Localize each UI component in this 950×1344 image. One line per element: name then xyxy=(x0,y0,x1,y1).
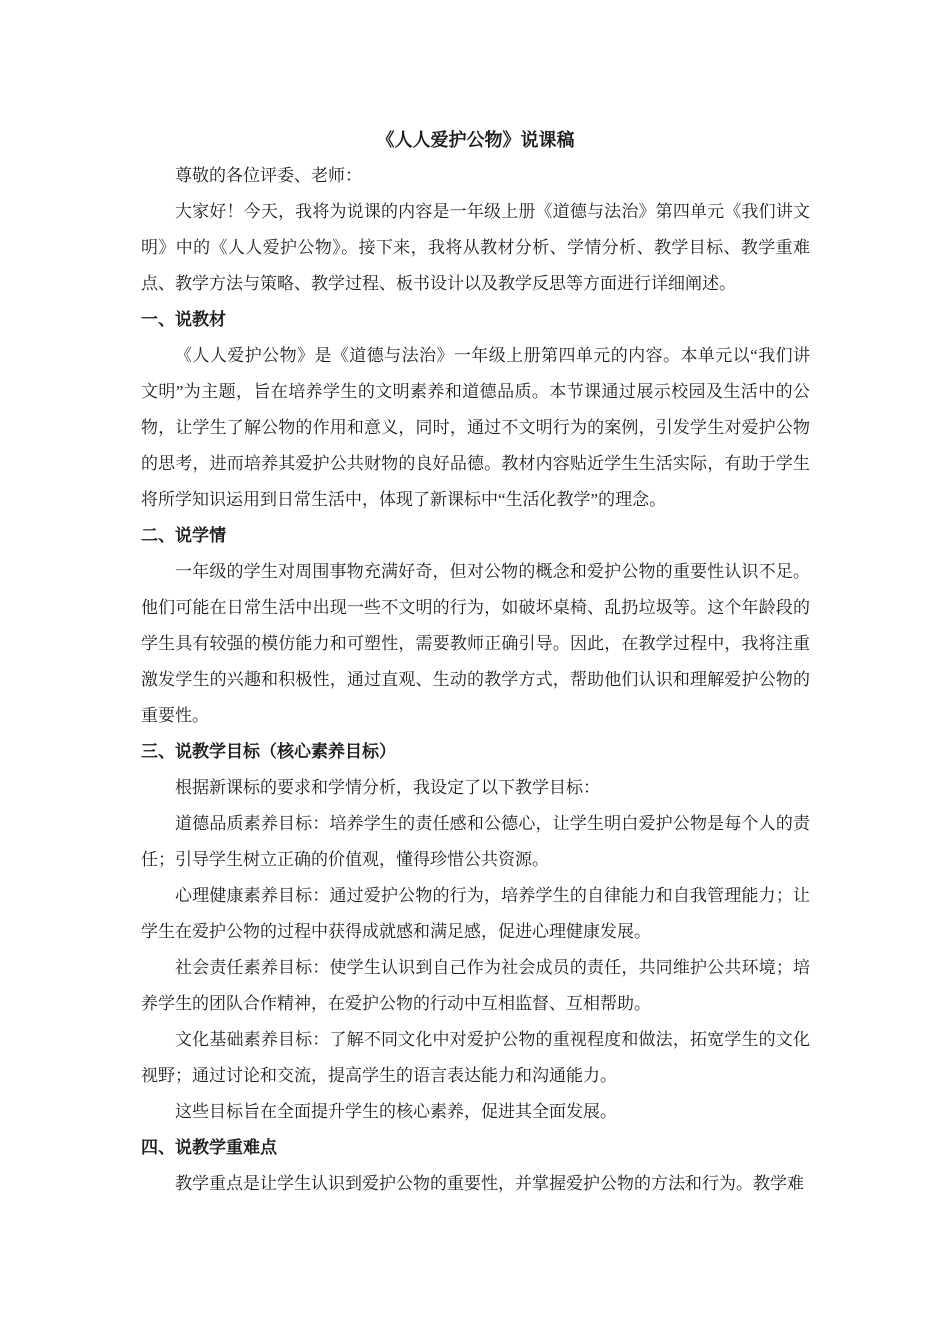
paragraph-intro: 大家好！今天，我将为说课的内容是一年级上册《道德与法治》第四单元《我们讲文明》中… xyxy=(141,194,810,302)
paragraph-keypoints: 教学重点是让学生认识到爱护公物的重要性，并掌握爱护公物的方法和行为。教学难 xyxy=(141,1166,810,1202)
paragraph-goal-moral: 道德品质素养目标：培养学生的责任感和公德心，让学生明白爱护公物是每个人的责任；引… xyxy=(141,806,810,878)
paragraph-students: 一年级的学生对周围事物充满好奇，但对公物的概念和爱护公物的重要性认识不足。他们可… xyxy=(141,554,810,734)
paragraph-materials: 《人人爱护公物》是《道德与法治》一年级上册第四单元的内容。本单元以“我们讲文明”… xyxy=(141,338,810,518)
document-body: 《人人爱护公物》说课稿 尊敬的各位评委、老师： 大家好！今天，我将为说课的内容是… xyxy=(141,122,810,1202)
paragraph-goal-mental: 心理健康素养目标：通过爱护公物的行为，培养学生的自律能力和自我管理能力；让学生在… xyxy=(141,878,810,950)
paragraph-goal-social: 社会责任素养目标：使学生认识到自己作为社会成员的责任，共同维护公共环境；培养学生… xyxy=(141,950,810,1022)
document-page: 《人人爱护公物》说课稿 尊敬的各位评委、老师： 大家好！今天，我将为说课的内容是… xyxy=(0,0,950,1344)
section-heading-keypoints: 四、说教学重难点 xyxy=(141,1130,810,1166)
section-heading-students: 二、说学情 xyxy=(141,518,810,554)
doc-title: 《人人爱护公物》说课稿 xyxy=(141,122,810,158)
section-heading-goals: 三、说教学目标（核心素养目标） xyxy=(141,734,810,770)
paragraph-goals-summary: 这些目标旨在全面提升学生的核心素养，促进其全面发展。 xyxy=(141,1094,810,1130)
paragraph-salutation: 尊敬的各位评委、老师： xyxy=(141,158,810,194)
paragraph-goals-intro: 根据新课标的要求和学情分析，我设定了以下教学目标： xyxy=(141,770,810,806)
section-heading-materials: 一、说教材 xyxy=(141,302,810,338)
paragraph-goal-culture: 文化基础素养目标：了解不同文化中对爱护公物的重视程度和做法，拓宽学生的文化视野；… xyxy=(141,1022,810,1094)
